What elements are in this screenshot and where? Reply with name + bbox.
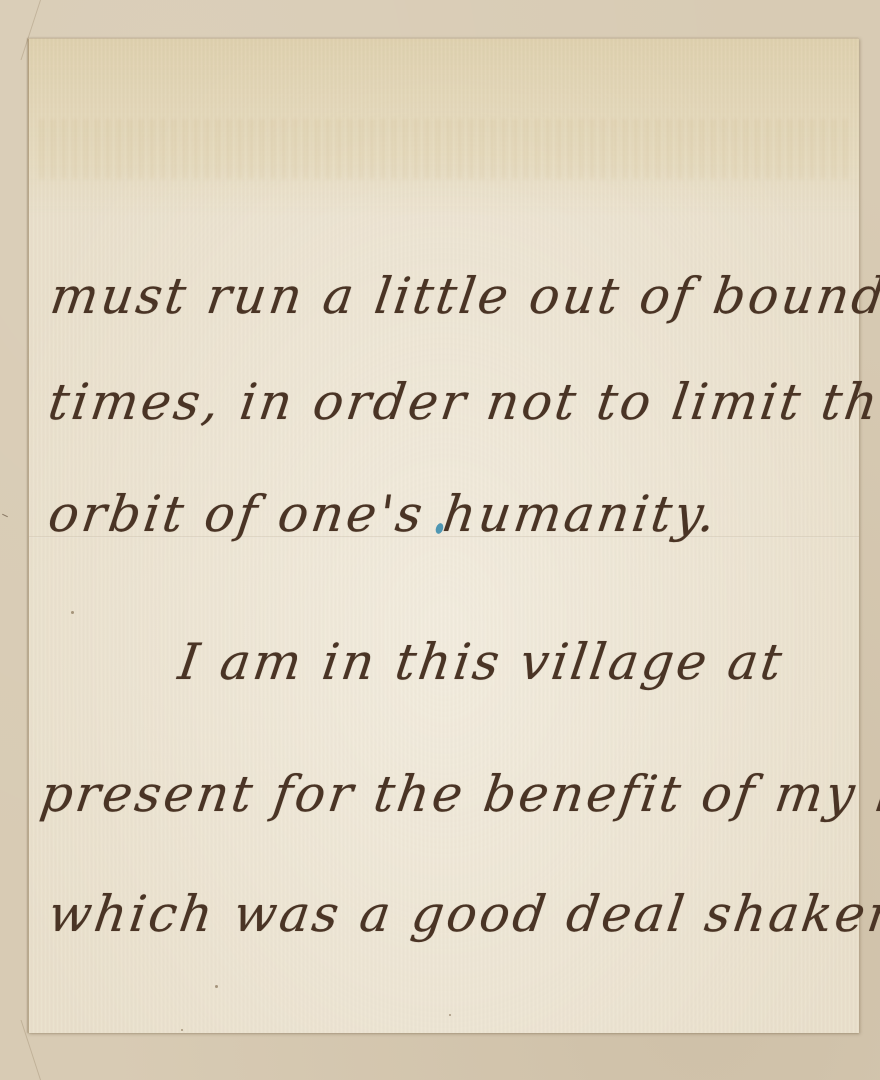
mount-mark — [2, 514, 8, 517]
letter-page: must run a little out of bounds some- ti… — [28, 38, 859, 1033]
handwritten-line-3: orbit of one's humanity. — [45, 489, 721, 539]
handwritten-line-1: must run a little out of bounds some- — [47, 271, 880, 321]
handwritten-line-5: present for the benefit of my health, — [37, 769, 880, 819]
handwritten-line-2: times, in order not to limit the — [45, 377, 880, 427]
paper-speck — [449, 1014, 451, 1016]
paper-speck — [215, 985, 218, 988]
handwritten-line-4: I am in this village at — [175, 637, 787, 687]
paper-speck — [181, 1029, 183, 1031]
handwritten-line-6: which was a good deal shaken last year, — [45, 889, 880, 939]
paper-speck — [71, 611, 74, 614]
ink-bleed-through-band — [39, 119, 849, 179]
